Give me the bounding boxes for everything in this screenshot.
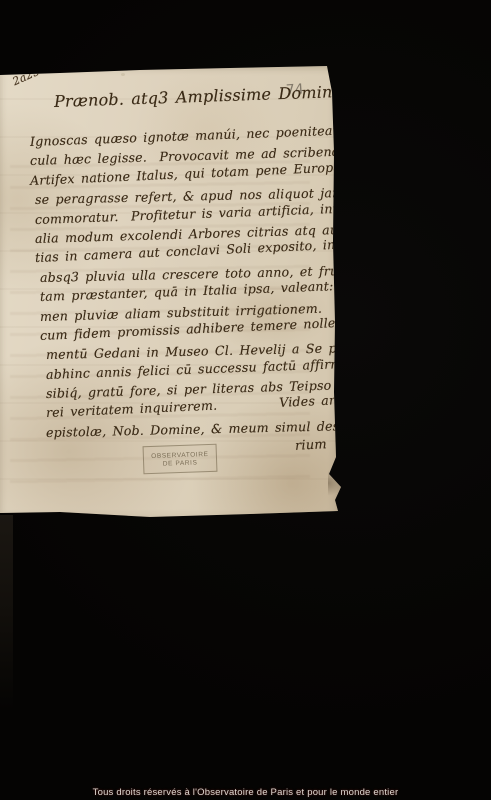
library-ownership-stamp: OBSERVATOIRE DE PARIS xyxy=(143,444,218,475)
letter-body: Ignoscas quæso ignotæ manúi, nec poenite… xyxy=(30,132,342,442)
paper-edge-tear xyxy=(328,470,342,496)
copyright-footer: Tous droits réservés à l'Observatoire de… xyxy=(0,785,491,800)
binding-gutter-shadow xyxy=(0,515,13,710)
dust-speck xyxy=(121,73,125,76)
stamp-line-1: OBSERVATOIRE xyxy=(151,451,209,460)
stamp-line-2: DE PARIS xyxy=(163,459,198,467)
archival-number-annotation: 2a25 xyxy=(11,65,42,88)
manuscript-page: 2a25 74 Prænob. atq3 Amplissime Domine, … xyxy=(0,62,344,520)
letter-salutation: Prænob. atq3 Amplissime Domine, xyxy=(54,82,348,111)
letter-closing-word: rium xyxy=(295,437,328,454)
copyright-text: Tous droits réservés à l'Observatoire de… xyxy=(93,787,399,798)
scan-background: 2a25 74 Prænob. atq3 Amplissime Domine, … xyxy=(0,0,491,800)
